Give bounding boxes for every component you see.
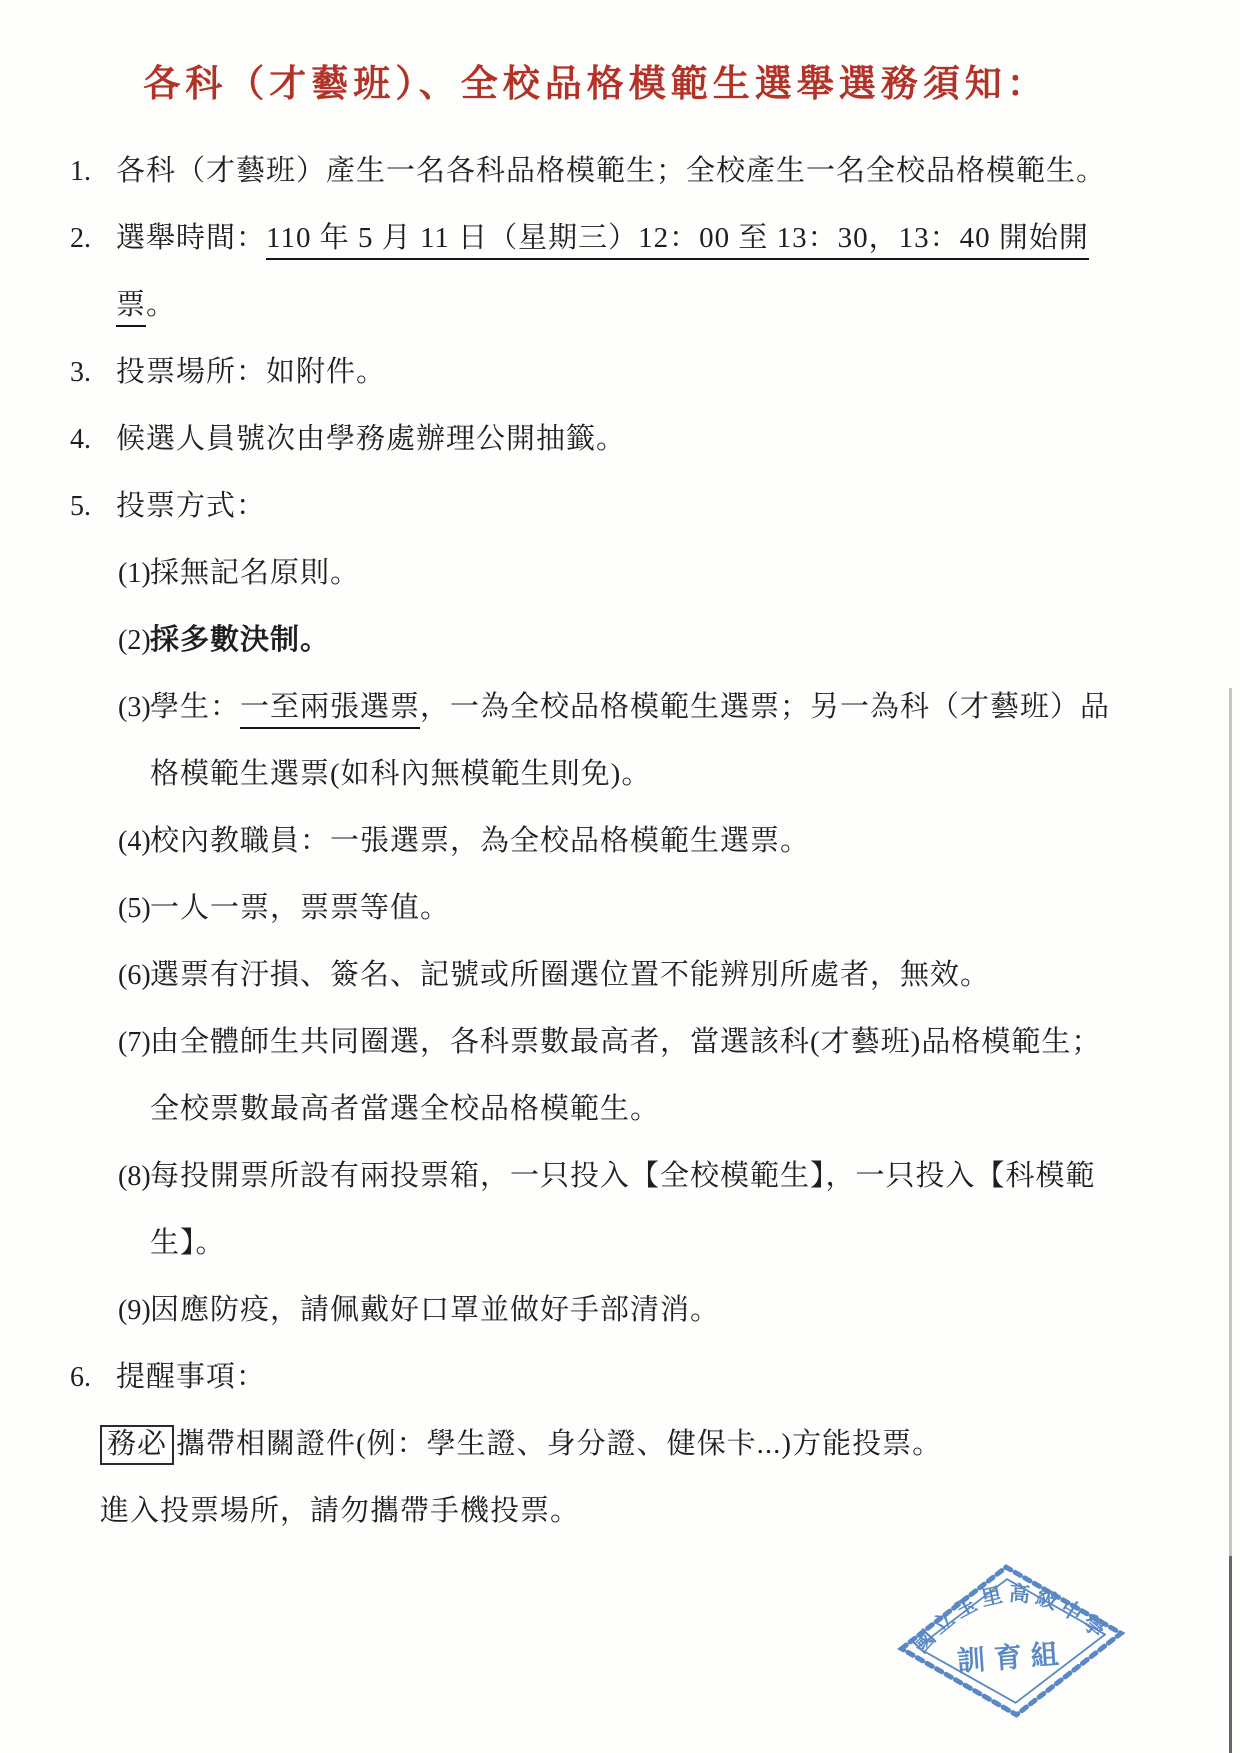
- sub-item-7: (7) 由全體師生共同圈選，各科票數最高者，當選該科(才藝班)品格模範生；全校票…: [118, 1009, 1122, 1143]
- sub-item-number: (9): [118, 1277, 150, 1344]
- sub-item-4: (4) 校內教職員：一張選票，為全校品格模範生選票。: [118, 808, 1122, 875]
- sub-item-text: 因應防疫，請佩戴好口罩並做好手部清消。: [150, 1277, 1122, 1344]
- item-number: 5.: [70, 473, 116, 540]
- list-item-5: 5. 投票方式：: [70, 473, 1122, 540]
- reminder-text-rest: 攜帶相關證件(例：學生證、身分證、健保卡...)方能投票。: [176, 1428, 942, 1460]
- item-number: 6.: [70, 1344, 116, 1411]
- boxed-must-label: 務必: [100, 1425, 174, 1465]
- item-text-prefix: 選舉時間：: [116, 222, 266, 254]
- stamp-graphic: 國立玉里高級中學 訓育組: [887, 1545, 1134, 1729]
- sub-item-number: (5): [118, 875, 150, 942]
- item-number: 3.: [70, 339, 116, 406]
- underlined-ballot-count: 一至兩張選票: [240, 691, 420, 729]
- sub-item-text: 由全體師生共同圈選，各科票數最高者，當選該科(才藝班)品格模範生；全校票數最高者…: [150, 1009, 1122, 1143]
- sub-item-number: (1): [118, 540, 150, 607]
- reminder-line-2: 進入投票場所，請勿攜帶手機投票。: [100, 1478, 1122, 1545]
- item-text: 提醒事項：: [116, 1344, 1122, 1411]
- sub-item-text: 學生：一至兩張選票，一為全校品格模範生選票；另一為科（才藝班）品格模範生選票(如…: [150, 674, 1122, 808]
- sub-item-1: (1) 採無記名原則。: [118, 540, 1122, 607]
- item-number: 1.: [70, 138, 116, 205]
- sub-item-6: (6) 選票有汙損、簽名、記號或所圈選位置不能辨別所處者，無效。: [118, 942, 1122, 1009]
- reminder-text: 務必攜帶相關證件(例：學生證、身分證、健保卡...)方能投票。: [100, 1411, 942, 1478]
- item-text-suffix: 。: [146, 289, 176, 321]
- item-text: 選舉時間：110 年 5 月 11 日（星期三）12：00 至 13：30，13…: [116, 205, 1122, 339]
- sub-item-text: 校內教職員：一張選票，為全校品格模範生選票。: [150, 808, 1122, 875]
- list-item-1: 1. 各科（才藝班）產生一名各科品格模範生；全校產生一名全校品格模範生。: [70, 138, 1122, 205]
- scanned-notice-page: 各科（才藝班）、全校品格模範生選舉選務須知： 1. 各科（才藝班）產生一名各科品…: [0, 0, 1240, 1753]
- item-text: 投票方式：: [116, 473, 1122, 540]
- sub-item-number: (7): [118, 1009, 150, 1076]
- sub-item-text-prefix: 學生：: [150, 691, 240, 723]
- document-body: 各科（才藝班）、全校品格模範生選舉選務須知： 1. 各科（才藝班）產生一名各科品…: [0, 0, 1240, 1753]
- sub-item-number: (2): [118, 607, 150, 674]
- document-title: 各科（才藝班）、全校品格模範生選舉選務須知：: [70, 55, 1122, 115]
- item-number: 2.: [70, 205, 116, 272]
- list-item-3: 3. 投票場所：如附件。: [70, 339, 1122, 406]
- sub-item-8: (8) 每投開票所設有兩投票箱，一只投入【全校模範生】，一只投入【科模範生】。: [118, 1143, 1122, 1277]
- sub-item-text: 每投開票所設有兩投票箱，一只投入【全校模範生】，一只投入【科模範生】。: [150, 1143, 1122, 1277]
- item-text: 各科（才藝班）產生一名各科品格模範生；全校產生一名全校品格模範生。: [116, 138, 1122, 205]
- sub-item-number: (6): [118, 942, 150, 1009]
- item-number: 4.: [70, 406, 116, 473]
- stamp-office-name: 訓育組: [956, 1637, 1069, 1678]
- sub-item-text: 選票有汙損、簽名、記號或所圈選位置不能辨別所處者，無效。: [150, 942, 1122, 1009]
- item-text: 候選人員號次由學務處辦理公開抽籤。: [116, 406, 1122, 473]
- sub-item-5: (5) 一人一票，票票等值。: [118, 875, 1122, 942]
- sub-item-text: 採多數決制。: [150, 607, 1122, 674]
- sub-item-text: 一人一票，票票等值。: [150, 875, 1122, 942]
- sub-item-3: (3) 學生：一至兩張選票，一為全校品格模範生選票；另一為科（才藝班）品格模範生…: [118, 674, 1122, 808]
- sub-item-9: (9) 因應防疫，請佩戴好口罩並做好手部清消。: [118, 1277, 1122, 1344]
- sub-item-text: 採無記名原則。: [150, 540, 1122, 607]
- official-stamp: 國立玉里高級中學 訓育組: [887, 1545, 1134, 1729]
- list-item-4: 4. 候選人員號次由學務處辦理公開抽籤。: [70, 406, 1122, 473]
- reminder-text: 進入投票場所，請勿攜帶手機投票。: [100, 1478, 580, 1545]
- scan-edge-artifact-dark: [1229, 1556, 1232, 1753]
- item-text: 投票場所：如附件。: [116, 339, 1122, 406]
- list-item-6: 6. 提醒事項：: [70, 1344, 1122, 1411]
- sub-item-number: (4): [118, 808, 150, 875]
- list-item-2: 2. 選舉時間：110 年 5 月 11 日（星期三）12：00 至 13：30…: [70, 205, 1122, 339]
- reminder-line-1: 務必攜帶相關證件(例：學生證、身分證、健保卡...)方能投票。: [100, 1411, 1122, 1478]
- sub-item-number: (3): [118, 674, 150, 741]
- sub-item-2: (2) 採多數決制。: [118, 607, 1122, 674]
- sub-item-number: (8): [118, 1143, 150, 1210]
